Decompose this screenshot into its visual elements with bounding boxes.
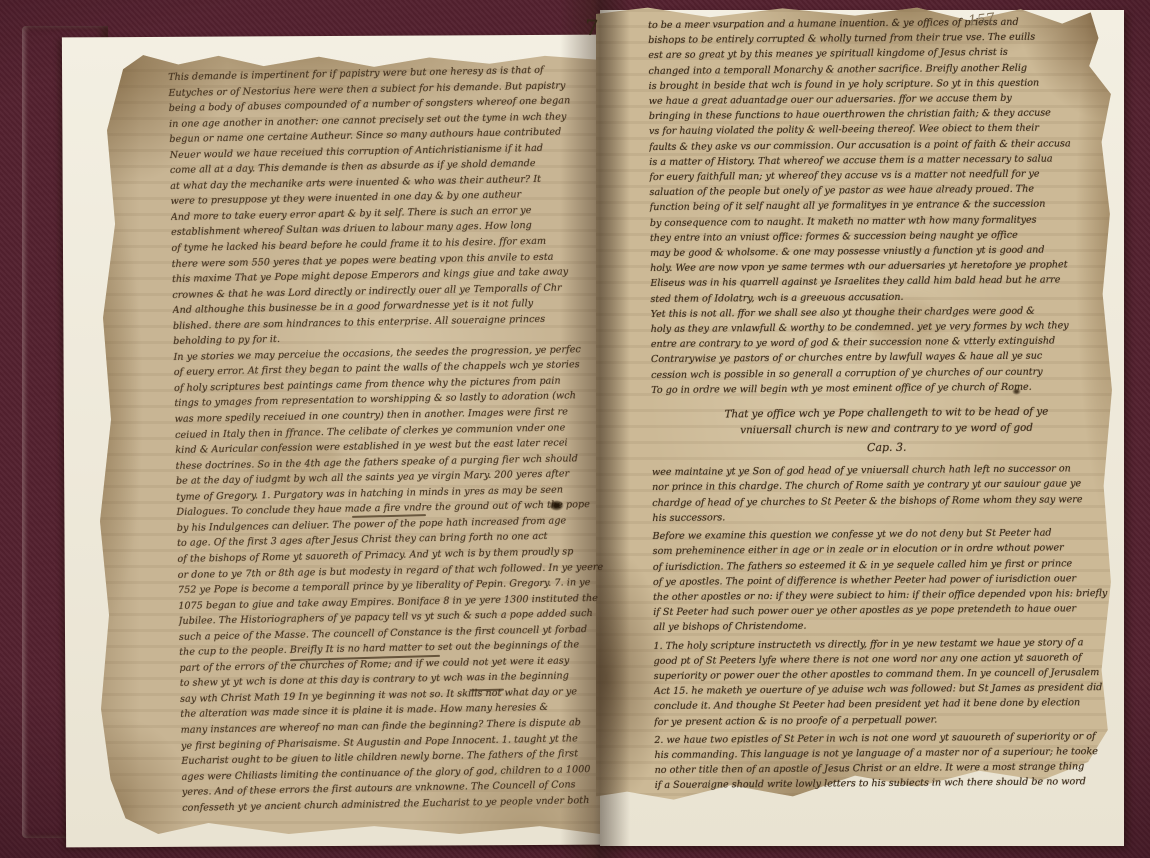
right-page-paragraph-3: Before we examine this question we confe… xyxy=(652,525,1123,636)
right-page-text: to be a meer vsurpation and a humane inu… xyxy=(648,14,1125,797)
right-page-point-2: 2. we haue two epistles of St Peter in w… xyxy=(654,729,1125,794)
manuscript-line: his successors. xyxy=(652,507,1122,526)
manuscript-line: To go in ordre we will begin wth ye most… xyxy=(651,379,1121,398)
quire-mark-numeral: 7 xyxy=(585,16,599,40)
right-page-paragraph-1: to be a meer vsurpation and a humane inu… xyxy=(648,14,1121,398)
right-page-paragraph-2: wee maintaine yt ye Son of god head of y… xyxy=(652,461,1123,526)
manuscript-line: all ye bishops of Christendome. xyxy=(653,616,1123,635)
ink-blot xyxy=(1012,388,1021,395)
ink-blot xyxy=(549,500,564,511)
chapter-heading: That ye office wch ye Pope challengeth t… xyxy=(651,403,1121,439)
manuscript-line: vniuersall church is new and contrary to… xyxy=(652,419,1122,439)
manuscript-photo: This demande is impertinent for if papis… xyxy=(0,0,1150,858)
left-page-text: This demande is impertinent for if papis… xyxy=(168,62,618,816)
chapter-number-label: Cap. 3. xyxy=(652,438,1122,457)
folio-number: 157 xyxy=(967,11,995,30)
right-page-point-1: 1. The holy scripture instructeth vs dir… xyxy=(653,634,1124,729)
manuscript-line: if a Soueraigne should write lowly lette… xyxy=(655,774,1125,793)
